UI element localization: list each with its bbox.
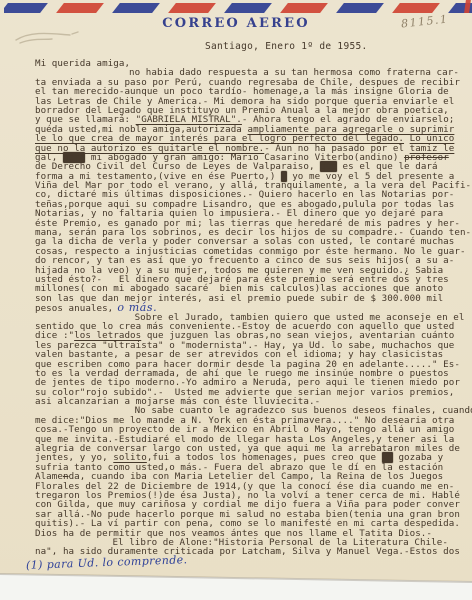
typed-text: Mi querida amiga, bbox=[35, 58, 130, 69]
typed-line: son las que dan mejor interés, asi el pr… bbox=[35, 294, 472, 303]
airmail-stripe-red bbox=[56, 3, 104, 13]
airmail-stripe-blue bbox=[224, 3, 272, 13]
date-line: Santiago, Enero 1º de 1955. bbox=[205, 41, 368, 52]
airmail-stripe-red bbox=[392, 3, 440, 13]
airmail-stripe-blue bbox=[4, 3, 48, 13]
airmail-stripe-red bbox=[280, 3, 328, 13]
letter-body: Mi querida amiga,no habia dado respuesta… bbox=[35, 59, 472, 557]
typed-text: pesos anuales, bbox=[35, 303, 113, 314]
airmail-stripe-red bbox=[168, 3, 216, 13]
airmail-border bbox=[4, 3, 472, 13]
airmail-stripe-blue bbox=[112, 3, 160, 13]
airmail-stripe-blue bbox=[336, 3, 384, 13]
paper-sheet: CORREO AEREO 8115.1 Santiago, Enero 1º d… bbox=[0, 0, 472, 600]
